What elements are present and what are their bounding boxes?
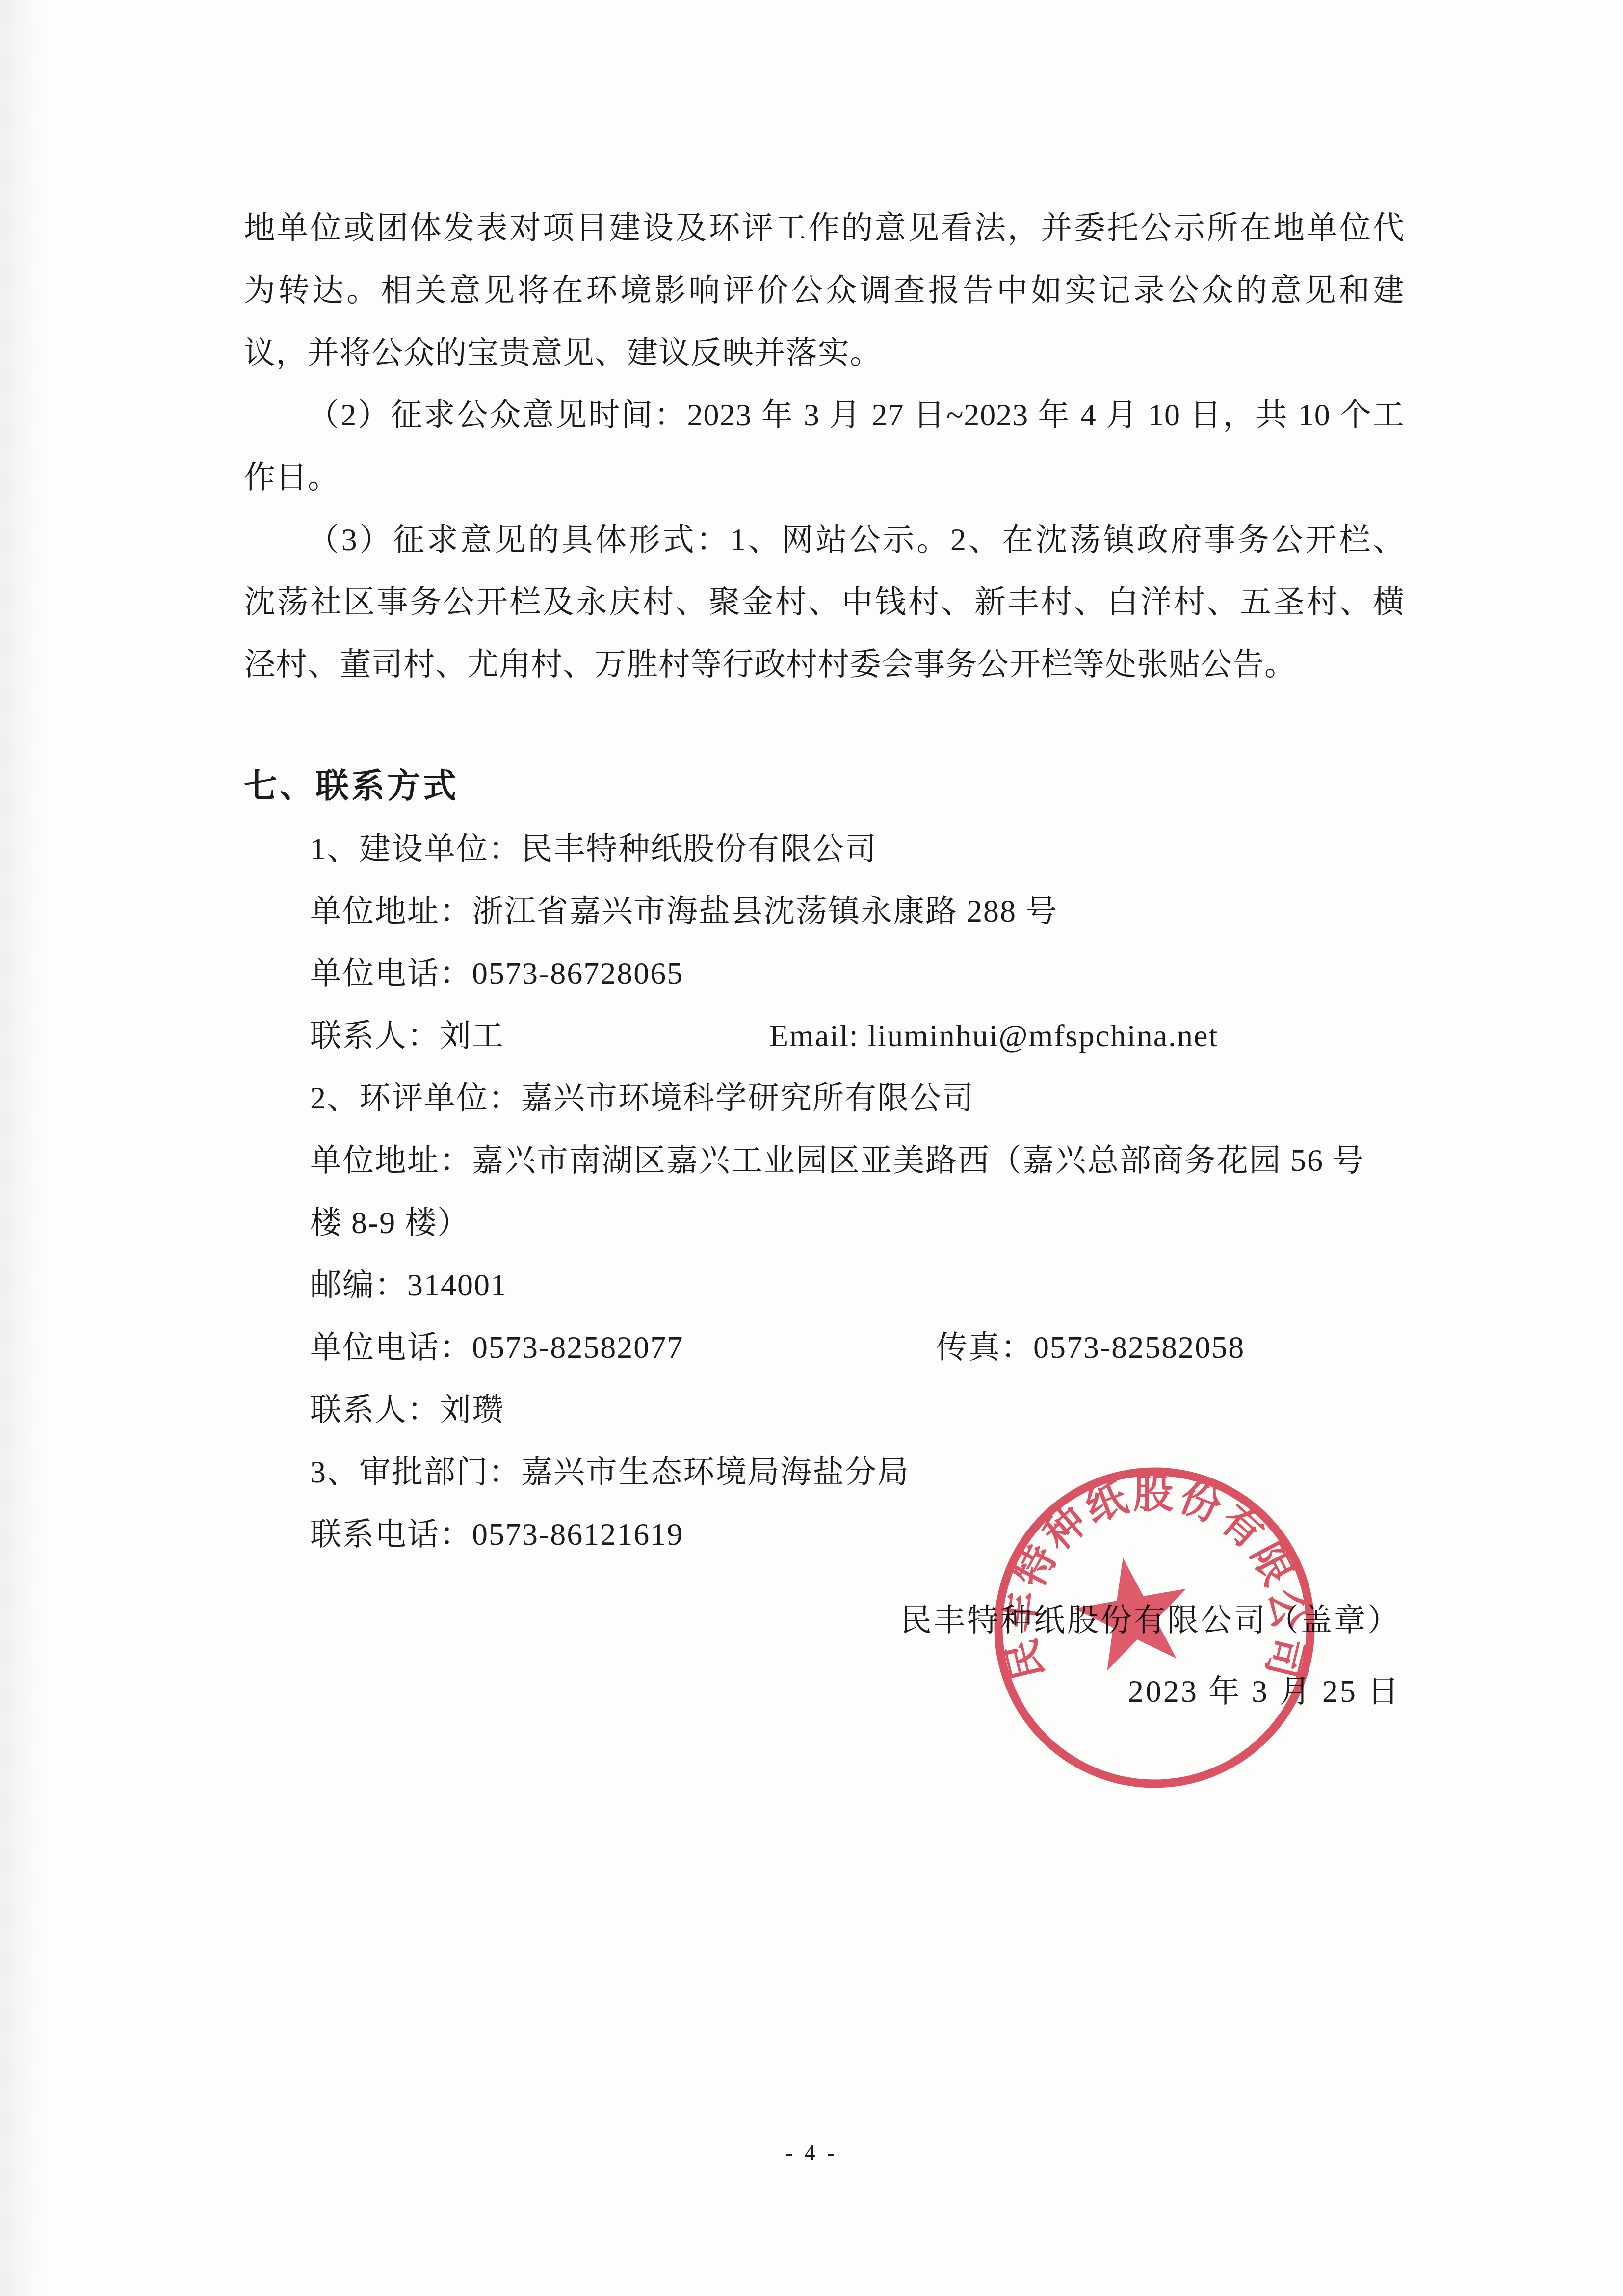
seal-ring-text: 民丰特种纸股份有限公司: [997, 1472, 1311, 1685]
company-seal-stamp: 民丰特种纸股份有限公司: [974, 1450, 1337, 1813]
paragraph-line: 沈荡社区事务公开栏及永庆村、聚金村、中钱村、新丰村、白洋村、五圣村、横: [244, 582, 1405, 622]
paragraph-line: 议，并将公众的宝贵意见、建议反映并落实。: [244, 333, 1405, 372]
contact-line-postcode: 邮编：314001: [310, 1266, 1488, 1305]
contact-phone: 单位电话：0573-82582077: [310, 1328, 683, 1367]
page-number-footer: - 4 -: [0, 2139, 1623, 2165]
paragraph-line: （3）征求意见的具体形式：1、网站公示。2、在沈荡镇政府事务公开栏、: [244, 520, 1405, 559]
contact-person-label: 联系人：刘工: [310, 1016, 504, 1056]
section-heading: 七、联系方式: [244, 760, 459, 807]
contact-line-construction-unit: 1、建设单位：民丰特种纸股份有限公司: [310, 829, 1488, 869]
contact-line-address: 单位地址：嘉兴市南湖区嘉兴工业园区亚美路西（嘉兴总部商务花园 56 号: [310, 1141, 1488, 1180]
contact-line-person: 联系人：刘瓒: [310, 1390, 1488, 1429]
contact-email: Email: liuminhui@mfspchina.net: [769, 1016, 1218, 1056]
paragraph-line: 地单位或团体发表对项目建设及环评工作的意见看法，并委托公示所在地单位代: [244, 209, 1405, 248]
scan-edge-shading: [0, 0, 44, 2296]
paragraph-line: 为转达。相关意见将在环境影响评价公众调查报告中如实记录公众的意见和建: [244, 271, 1405, 310]
paragraph-line: 泾村、董司村、尤甪村、万胜村等行政村村委会事务公开栏等处张贴公告。: [244, 645, 1405, 684]
paragraph-line: 作日。: [244, 458, 1405, 497]
contact-line-eia-unit: 2、环评单位：嘉兴市环境科学研究所有限公司: [310, 1079, 1488, 1118]
paragraph-line: （2）征求公众意见时间：2023 年 3 月 27 日~2023 年 4 月 1…: [244, 396, 1405, 435]
contact-line-address: 单位地址：浙江省嘉兴市海盐县沈荡镇永康路 288 号: [310, 892, 1488, 931]
seal-ring-text-wrap: 民丰特种纸股份有限公司: [997, 1472, 1311, 1685]
seal-star-icon: [1067, 1548, 1198, 1675]
contact-line-address-2: 楼 8-9 楼）: [310, 1203, 1488, 1242]
contact-line-phone: 单位电话：0573-86728065: [310, 954, 1488, 993]
scanned-document-page: 地单位或团体发表对项目建设及环评工作的意见看法，并委托公示所在地单位代 为转达。…: [0, 0, 1623, 2296]
contact-fax: 传真：0573-82582058: [936, 1328, 1245, 1367]
